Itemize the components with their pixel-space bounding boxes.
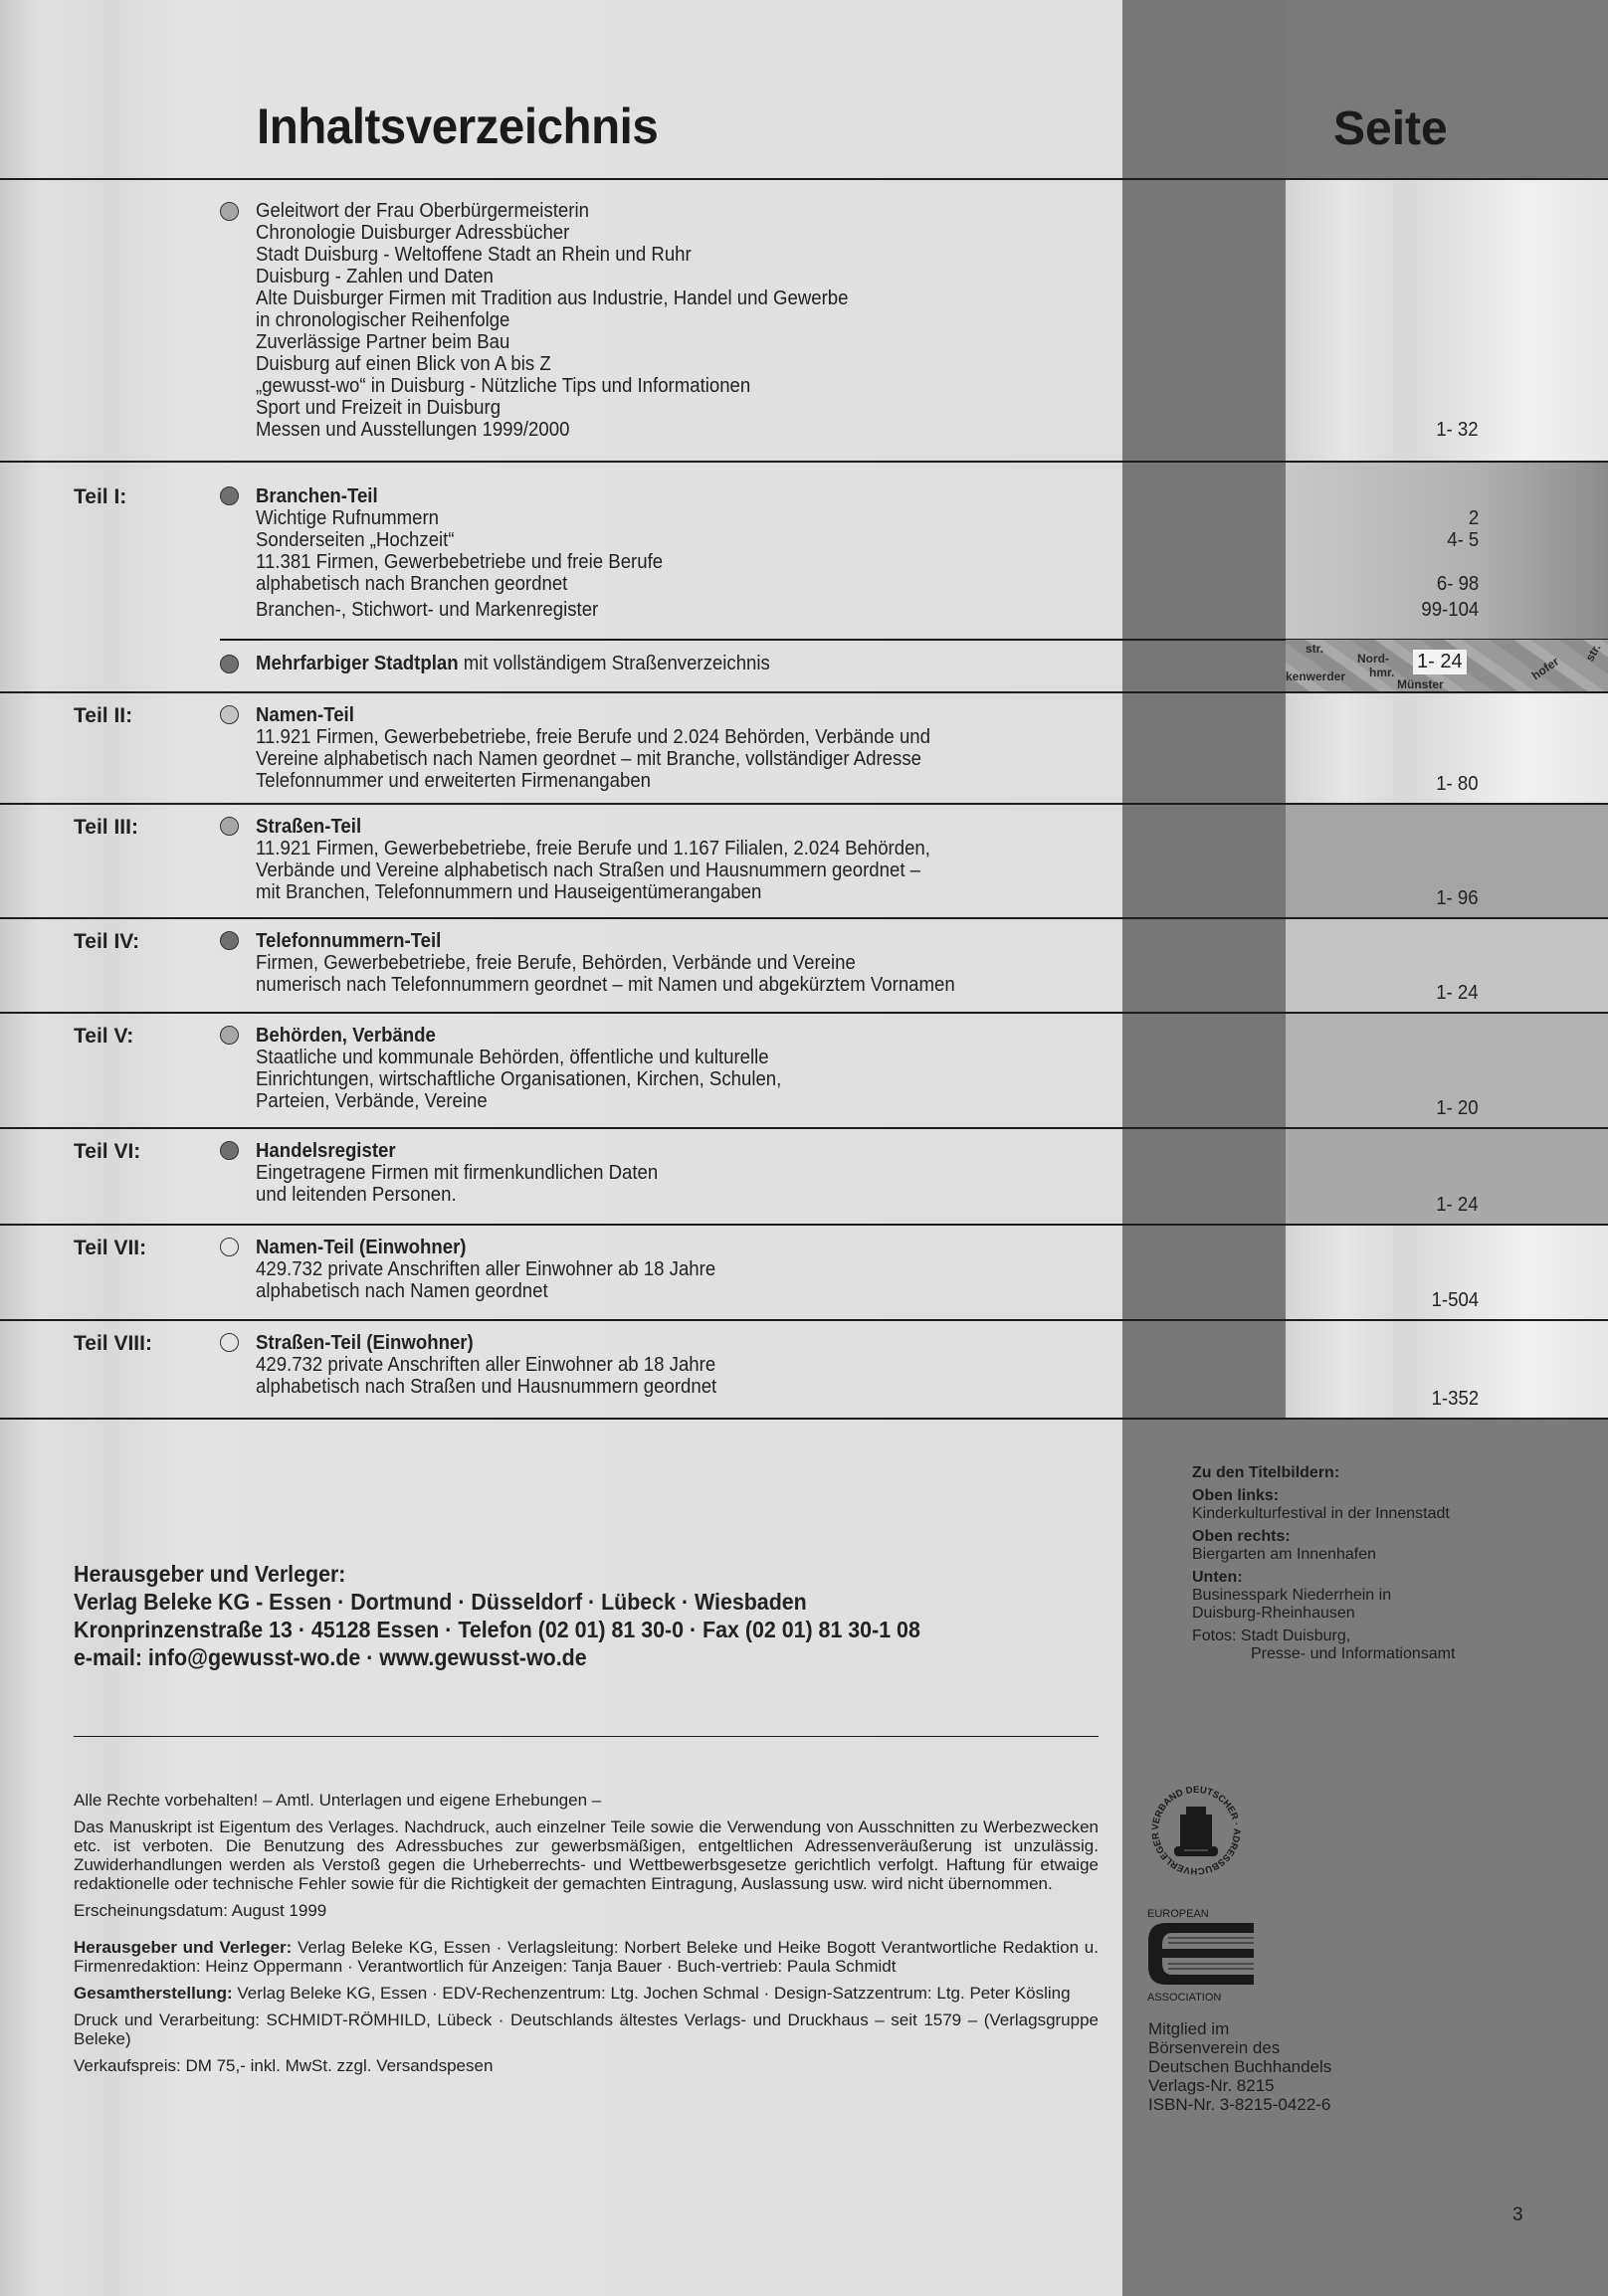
imprint-label: Gesamtherstellung:: [74, 1984, 233, 2003]
teil-entry: Behörden, VerbändeStaatliche und kommuna…: [256, 1025, 781, 1112]
teil-heading: Telefonnummern-Teil: [256, 930, 955, 952]
teil-description: 11.921 Firmen, Gewerbebetriebe, freie Be…: [256, 838, 930, 860]
teil-heading: Straßen-Teil: [256, 816, 930, 838]
credit-label: Oben links:: [1192, 1487, 1455, 1505]
teil-pages: 1-504: [1431, 1289, 1479, 1311]
intro-entry: Stadt Duisburg - Weltoffene Stadt an Rhe…: [256, 244, 848, 266]
teil-heading: Behörden, Verbände: [256, 1025, 781, 1047]
intro-entry: Messen und Ausstellungen 1999/2000: [256, 419, 848, 441]
divider: [0, 917, 1608, 919]
teil-label: Teil II:: [74, 704, 132, 728]
teil-description: Telefonnummer und erweiterten Firmenanga…: [256, 770, 930, 792]
member-line: Börsenverein des: [1148, 2038, 1331, 2057]
publisher-number: Verlags-Nr. 8215: [1148, 2076, 1331, 2095]
teil-heading: Namen-Teil (Einwohner): [256, 1237, 715, 1258]
imprint-text: Verlag Beleke KG, Essen · EDV-Rechenzent…: [233, 1984, 1071, 2003]
teil-pages: 1- 96: [1437, 887, 1479, 909]
teil-entry: HandelsregisterEingetragene Firmen mit f…: [256, 1140, 658, 1206]
intro-entry: in chronologischer Reihenfolge: [256, 309, 848, 331]
credit-text: Kinderkulturfestival in der Innenstadt: [1192, 1505, 1455, 1523]
page-title: Inhaltsverzeichnis: [257, 97, 658, 155]
teil1-entry-pages: 99-104: [1421, 599, 1479, 621]
teil-description: 429.732 private Anschriften aller Einwoh…: [256, 1258, 715, 1280]
bullet-icon: [220, 202, 239, 221]
european-association-logo-icon: EUROPEAN ASSOCIATION: [1144, 1905, 1264, 2005]
publisher-line: Verlag Beleke KG - Essen · Dortmund · Dü…: [74, 1588, 920, 1616]
teil1-entry: 11.381 Firmen, Gewerbebetriebe und freie…: [256, 551, 663, 573]
teil1-entry: Branchen-, Stichwort- und Markenregister: [256, 599, 663, 621]
intro-entries: Geleitwort der Frau OberbürgermeisterinC…: [256, 200, 848, 441]
intro-entry: Duisburg - Zahlen und Daten: [256, 266, 848, 287]
teil-heading: Straßen-Teil (Einwohner): [256, 1332, 716, 1354]
teil-description: mit Branchen, Telefonnummern und Hauseig…: [256, 881, 930, 903]
publisher-contact: e-mail: info@gewusst-wo.de · www.gewusst…: [74, 1643, 920, 1671]
photo-credit: Fotos: Stadt Duisburg,: [1192, 1627, 1455, 1645]
member-line: Deutschen Buchhandels: [1148, 2057, 1331, 2076]
credit-text: Biergarten am Innenhafen: [1192, 1546, 1455, 1564]
imprint-publisher: Herausgeber und Verleger: Verlag Beleke …: [74, 1938, 1099, 1976]
divider: [0, 1418, 1608, 1420]
bullet-icon: [220, 1333, 239, 1352]
bullet-icon: [220, 1026, 239, 1045]
page-number: 3: [1512, 2204, 1523, 2226]
credit-label: Unten:: [1192, 1569, 1455, 1587]
photo-credit: Presse- und Informationsamt: [1192, 1645, 1455, 1663]
imprint-production: Gesamtherstellung: Verlag Beleke KG, Ess…: [74, 1984, 1099, 2003]
map-label: str.: [1306, 642, 1323, 656]
teil-entry: Namen-Teil11.921 Firmen, Gewerbebetriebe…: [256, 704, 930, 792]
teil-heading: Handelsregister: [256, 1140, 658, 1162]
imprint-print: Druck und Verarbeitung: SCHMIDT-RÖMHILD,…: [74, 2010, 1099, 2048]
map-label: Münster: [1397, 677, 1444, 691]
teil1-entry-pages: 2: [1421, 507, 1479, 529]
divider: [0, 1012, 1608, 1014]
stadtplan-pages: 1- 24: [1413, 650, 1467, 674]
teil-pages: 1- 20: [1437, 1097, 1479, 1119]
intro-entry: Geleitwort der Frau Oberbürgermeisterin: [256, 200, 848, 222]
cover-credits-heading: Zu den Titelbildern:: [1192, 1464, 1455, 1482]
divider: [0, 178, 1608, 180]
intro-pages: 1- 32: [1437, 419, 1479, 441]
teil-entry: Straßen-Teil (Einwohner)429.732 private …: [256, 1332, 716, 1398]
teil-description: Einrichtungen, wirtschaftliche Organisat…: [256, 1068, 781, 1090]
teil-label: Teil IV:: [74, 930, 139, 954]
svg-text:EUROPEAN: EUROPEAN: [1147, 1908, 1209, 1920]
teil-entry: Telefonnummern-TeilFirmen, Gewerbebetrie…: [256, 930, 955, 996]
divider: [0, 1127, 1608, 1129]
divider: [74, 1736, 1099, 1737]
intro-entry: Duisburg auf einen Blick von A bis Z: [256, 353, 848, 375]
intro-entry: Alte Duisburger Firmen mit Tradition aus…: [256, 287, 848, 309]
intro-entry: Sport und Freizeit in Duisburg: [256, 397, 848, 419]
association-seal-icon: VERBAND DEUTSCHER · ADRESSBUCHVERLEGER E…: [1146, 1781, 1246, 1880]
teil-pages: 1- 24: [1437, 982, 1479, 1004]
stadtplan-description: mit vollständigem Straßenverzeichnis: [459, 653, 770, 674]
teil-pages: 1- 80: [1437, 773, 1479, 795]
member-line: Mitglied im: [1148, 2019, 1331, 2038]
credit-label: Oben rechts:: [1192, 1528, 1455, 1546]
publisher-address: Kronprinzenstraße 13 · 45128 Essen · Tel…: [74, 1616, 920, 1643]
teil-entry: Namen-Teil (Einwohner)429.732 private An…: [256, 1237, 715, 1302]
map-label: Nord-: [1357, 652, 1389, 666]
intro-entry: „gewusst-wo“ in Duisburg - Nützliche Tip…: [256, 375, 848, 397]
bullet-icon: [220, 1141, 239, 1160]
svg-text:ASSOCIATION: ASSOCIATION: [1147, 1992, 1221, 2004]
sale-price: Verkaufspreis: DM 75,- inkl. MwSt. zzgl.…: [74, 2056, 1099, 2075]
teil-pages: 1- 24: [1437, 1194, 1479, 1216]
teil1-heading: Branchen-Teil: [256, 485, 663, 507]
isbn: ISBN-Nr. 3-8215-0422-6: [1148, 2095, 1331, 2114]
credit-text: Duisburg-Rheinhausen: [1192, 1605, 1455, 1623]
teil-description: Firmen, Gewerbebetriebe, freie Berufe, B…: [256, 952, 955, 974]
legal-block: Alle Rechte vorbehalten! – Amtl. Unterla…: [74, 1791, 1099, 2083]
membership-info: Mitglied im Börsenverein des Deutschen B…: [1148, 2019, 1331, 2114]
divider: [0, 1224, 1608, 1226]
stadtplan-heading: Mehrfarbiger Stadtplan: [256, 653, 459, 674]
teil-description: und leitenden Personen.: [256, 1184, 658, 1206]
publisher-heading: Herausgeber und Verleger:: [74, 1560, 920, 1588]
map-label: str.: [1582, 642, 1603, 665]
map-label: kenwerder: [1286, 670, 1345, 683]
bullet-icon: [220, 1238, 239, 1256]
manuscript-notice: Das Manuskript ist Eigentum des Verlages…: [74, 1818, 1099, 1893]
teil1-entry-pages: [1421, 551, 1479, 573]
teil-description: 429.732 private Anschriften aller Einwoh…: [256, 1354, 716, 1376]
intro-entry: Zuverlässige Partner beim Bau: [256, 331, 848, 353]
publisher-block: Herausgeber und Verleger: Verlag Beleke …: [74, 1560, 984, 1671]
teil1-pages: 24- 56- 9899-104: [1421, 507, 1479, 621]
map-label: hofer: [1529, 655, 1562, 683]
teil1-entry: Wichtige Rufnummern: [256, 507, 663, 529]
page-column-label: Seite: [1333, 101, 1448, 156]
teil1-entry-pages: 6- 98: [1421, 573, 1479, 595]
bullet-icon: [220, 655, 239, 673]
teil-description: Vereine alphabetisch nach Namen geordnet…: [256, 748, 930, 770]
teil-label: Teil VII:: [74, 1237, 146, 1260]
teil-label: Teil V:: [74, 1025, 133, 1049]
bullet-icon: [220, 817, 239, 836]
cover-credits: Zu den Titelbildern: Oben links: Kinderk…: [1192, 1464, 1455, 1663]
teil-description: alphabetisch nach Straßen und Hausnummer…: [256, 1376, 716, 1398]
teil-description: numerisch nach Telefonnummern geordnet –…: [256, 974, 955, 996]
teil-description: Parteien, Verbände, Vereine: [256, 1090, 781, 1112]
divider: [0, 691, 1608, 693]
teil-description: Eingetragene Firmen mit firmenkundlichen…: [256, 1162, 658, 1184]
teil1-entry: Sonderseiten „Hochzeit“: [256, 529, 663, 551]
teil1-label: Teil I:: [74, 485, 126, 509]
teil-entry: Straßen-Teil11.921 Firmen, Gewerbebetrie…: [256, 816, 930, 903]
city-map-thumbnail: str. Nord- hmr. kenwerder Münster hofer …: [1286, 640, 1608, 691]
teil1-entries: Branchen-Teil Wichtige RufnummernSonders…: [256, 485, 663, 621]
map-label: hmr.: [1369, 666, 1394, 679]
teil-description: 11.921 Firmen, Gewerbebetriebe, freie Be…: [256, 726, 930, 748]
divider: [0, 803, 1608, 805]
teil-heading: Namen-Teil: [256, 704, 930, 726]
bullet-icon: [220, 931, 239, 950]
teil-pages: 1-352: [1431, 1388, 1479, 1410]
teil-description: alphabetisch nach Namen geordnet: [256, 1280, 715, 1302]
teil-label: Teil VI:: [74, 1140, 140, 1164]
credit-text: Businesspark Niederrhein in: [1192, 1587, 1455, 1605]
teil1-entry-pages: 4- 5: [1421, 529, 1479, 551]
intro-entry: Chronologie Duisburger Adressbücher: [256, 222, 848, 244]
teil1-entry: alphabetisch nach Branchen geordnet: [256, 573, 663, 595]
divider: [0, 1319, 1608, 1321]
bullet-icon: [220, 486, 239, 505]
publication-date: Erscheinungsdatum: August 1999: [74, 1901, 1099, 1920]
rights-notice: Alle Rechte vorbehalten! – Amtl. Unterla…: [74, 1791, 1099, 1810]
teil-label: Teil VIII:: [74, 1332, 152, 1356]
teil-description: Verbände und Vereine alphabetisch nach S…: [256, 860, 930, 881]
imprint-label: Herausgeber und Verleger:: [74, 1938, 292, 1957]
teil-label: Teil III:: [74, 816, 138, 840]
bullet-icon: [220, 705, 239, 724]
divider: [0, 461, 1608, 463]
stadtplan-entry: Mehrfarbiger Stadtplan mit vollständigem…: [256, 653, 770, 674]
page-column-band: [1286, 179, 1608, 1418]
teil-description: Staatliche und kommunale Behörden, öffen…: [256, 1047, 781, 1068]
